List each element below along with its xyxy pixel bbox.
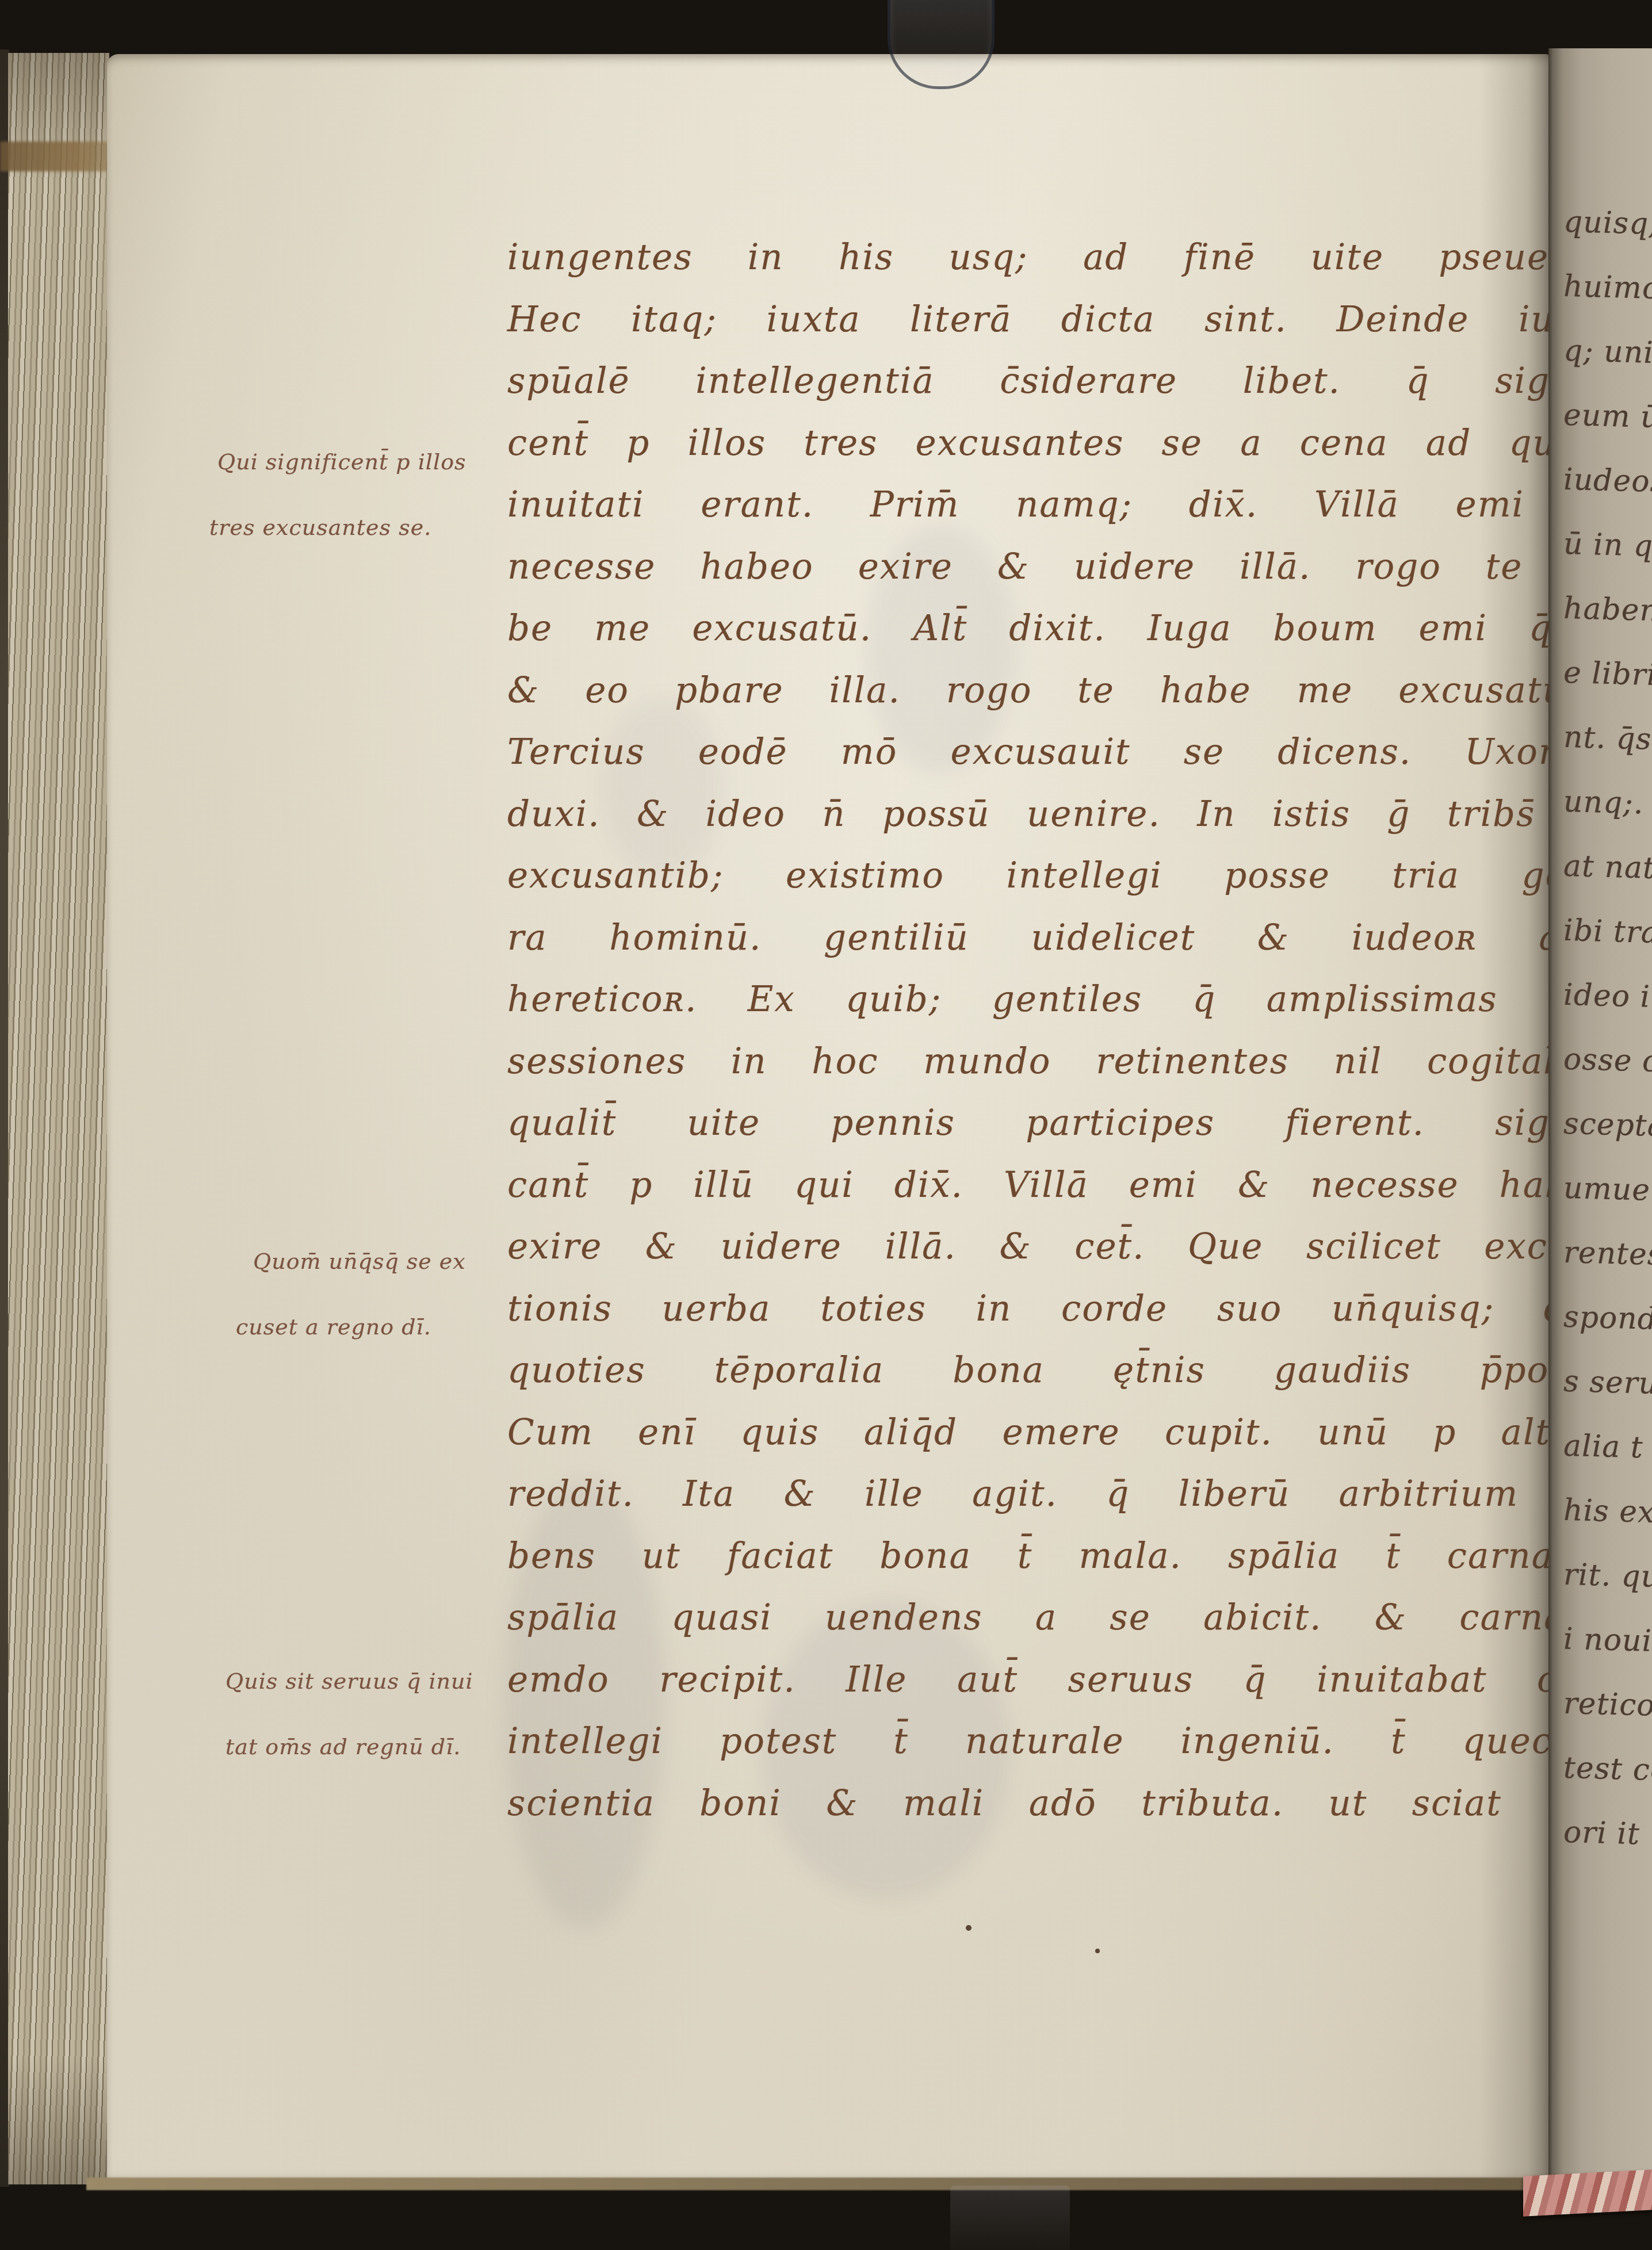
text-line: scientia boni & mali adō tributa. ut sci… bbox=[507, 1773, 1613, 1835]
facing-text-fragment: nt. q̄s bbox=[1563, 705, 1652, 772]
text-line: spūalē intellegentiā c̄siderare libet. q… bbox=[507, 350, 1613, 412]
margin-note-line: Quis sit seruus q̄ inui bbox=[225, 1648, 473, 1714]
text-line: quoties tēporalia bona ęt̄nis gaudiis p̄… bbox=[507, 1340, 1613, 1402]
facing-text-fragment: ideo i bbox=[1563, 963, 1652, 1030]
ink-dot bbox=[1095, 1949, 1100, 1953]
facing-text-fragment: habent bbox=[1563, 576, 1652, 643]
text-line: bens ut faciat bona t̄ mala. spālia t̄ c… bbox=[507, 1525, 1613, 1587]
manuscript-page: Qui significent̄ p illos tres excusantes… bbox=[107, 54, 1548, 2186]
facing-text-fragment: scepta bbox=[1563, 1092, 1652, 1158]
facing-text-fragment: i noui bbox=[1563, 1607, 1652, 1674]
text-line: necesse habeo exire & uidere illā. rogo … bbox=[507, 536, 1613, 598]
text-line: emdo recipit. Ille aut̄ seruus q̄ inuita… bbox=[507, 1649, 1613, 1711]
facing-text-fragment: e libri bbox=[1563, 641, 1652, 707]
facing-text-fragment: huimo bbox=[1563, 254, 1652, 321]
facing-text-fragment: osse cr bbox=[1563, 1027, 1652, 1094]
facing-text-fragment: at nat bbox=[1563, 834, 1652, 901]
text-line: be me excusatū. Alt̄ dixit. Iuga boum em… bbox=[507, 598, 1613, 660]
text-line: Cum enī quis aliq̄d emere cupit. unū p a… bbox=[507, 1402, 1613, 1464]
margin-note-line: tres excusantes se. bbox=[209, 495, 466, 560]
ink-dot bbox=[966, 1925, 972, 1931]
bottom-retaining-clamp bbox=[950, 2186, 1070, 2250]
text-line: Hec itaq; iuxta literā dicta sint. Deind… bbox=[507, 289, 1613, 351]
text-line: intellegi potest t̄ naturale ingeniū. t̄… bbox=[507, 1711, 1613, 1773]
main-text-block: iungentes in his usq; ad finē uite pseue… bbox=[507, 227, 1613, 1834]
margin-note-2: Quom̄ un̄q̄sq̄ se ex cuset a regno dī. bbox=[236, 1229, 466, 1360]
text-line: Tercius eodē mō excusauit se dicens. Uxo… bbox=[507, 721, 1613, 783]
margin-note-line: Quom̄ un̄q̄sq̄ se ex bbox=[236, 1229, 466, 1294]
text-line: cant̄ p illū qui dix̄. Villā emi & neces… bbox=[507, 1154, 1613, 1216]
endband-pink bbox=[1523, 2169, 1652, 2217]
facing-text-fragment: sponde bbox=[1563, 1285, 1652, 1352]
facing-text-fragment: ū in q bbox=[1563, 512, 1652, 579]
text-line: hereticoʀ. Ex quib; gentiles q̄ amplissi… bbox=[507, 969, 1613, 1031]
text-line: inuitati erant. Prim̄ namq; dix̄. Villā … bbox=[507, 474, 1613, 536]
facing-text-fragment: ori it bbox=[1563, 1800, 1652, 1867]
margin-note-line: cuset a regno dī. bbox=[236, 1294, 466, 1360]
margin-note-3: Quis sit seruus q̄ inui tat om̄s ad regn… bbox=[225, 1648, 473, 1780]
text-line: tionis uerba toties in corde suo un̄quis… bbox=[507, 1278, 1613, 1340]
text-line: excusantib; existimo intellegi posse tri… bbox=[507, 845, 1613, 907]
facing-text-column: quisq; huimo q; uni eum ū iudeos ū in q … bbox=[1563, 190, 1652, 1867]
facing-text-fragment: ibi trac bbox=[1563, 898, 1652, 965]
photograph-background: Qui significent̄ p illos tres excusantes… bbox=[0, 0, 1652, 2250]
facing-text-fragment: q; uni bbox=[1563, 319, 1652, 385]
facing-text-fragment: unq;. bbox=[1563, 770, 1652, 836]
facing-text-fragment: his exc bbox=[1563, 1478, 1652, 1545]
facing-text-fragment: umue bbox=[1563, 1156, 1652, 1223]
text-line: cent̄ p illos tres excusantes se a cena … bbox=[507, 412, 1613, 475]
facing-text-fragment: reticos bbox=[1563, 1671, 1652, 1738]
facing-text-fragment: alia t d bbox=[1563, 1414, 1652, 1480]
facing-text-fragment: rit. qu bbox=[1563, 1543, 1652, 1609]
text-line: sessiones in hoc mundo retinentes nil co… bbox=[507, 1031, 1613, 1093]
text-line: iungentes in his usq; ad finē uite pseue… bbox=[507, 227, 1613, 289]
text-line: reddit. Ita & ille agit. q̄ liberū arbit… bbox=[507, 1463, 1613, 1525]
facing-text-fragment: quisq; bbox=[1563, 190, 1652, 257]
facing-text-fragment: rentes bbox=[1563, 1220, 1652, 1287]
text-line: duxi. & ideo n̄ possū uenire. In istis ḡ… bbox=[507, 783, 1613, 845]
margin-note-1: Qui significent̄ p illos tres excusantes… bbox=[209, 429, 466, 560]
text-line: & eo pbare illa. rogo te habe me excusat… bbox=[507, 660, 1613, 722]
text-line: exire & uidere illā. & cet̄. Que scilice… bbox=[507, 1216, 1613, 1278]
text-line: qualit̄ uite pennis participes fierent. … bbox=[507, 1092, 1613, 1154]
page-bottom-edge bbox=[86, 2178, 1548, 2190]
margin-note-line: tat om̄s ad regnū dī. bbox=[225, 1714, 473, 1780]
text-line: spālia quasi uendens a se abicit. & carn… bbox=[507, 1587, 1613, 1649]
facing-text-fragment: test co bbox=[1563, 1736, 1652, 1803]
margin-note-line: Qui significent̄ p illos bbox=[209, 429, 466, 495]
facing-text-fragment: s seru bbox=[1563, 1349, 1652, 1416]
text-line: ra hominū. gentiliū uidelicet & iudeoʀ a… bbox=[507, 907, 1613, 969]
book-page-stack-edge bbox=[8, 53, 109, 2184]
facing-text-fragment: eum ū bbox=[1563, 383, 1652, 450]
facing-text-fragment: iudeos bbox=[1563, 447, 1652, 514]
facing-page-edge: quisq; huimo q; uni eum ū iudeos ū in q … bbox=[1548, 48, 1652, 2183]
